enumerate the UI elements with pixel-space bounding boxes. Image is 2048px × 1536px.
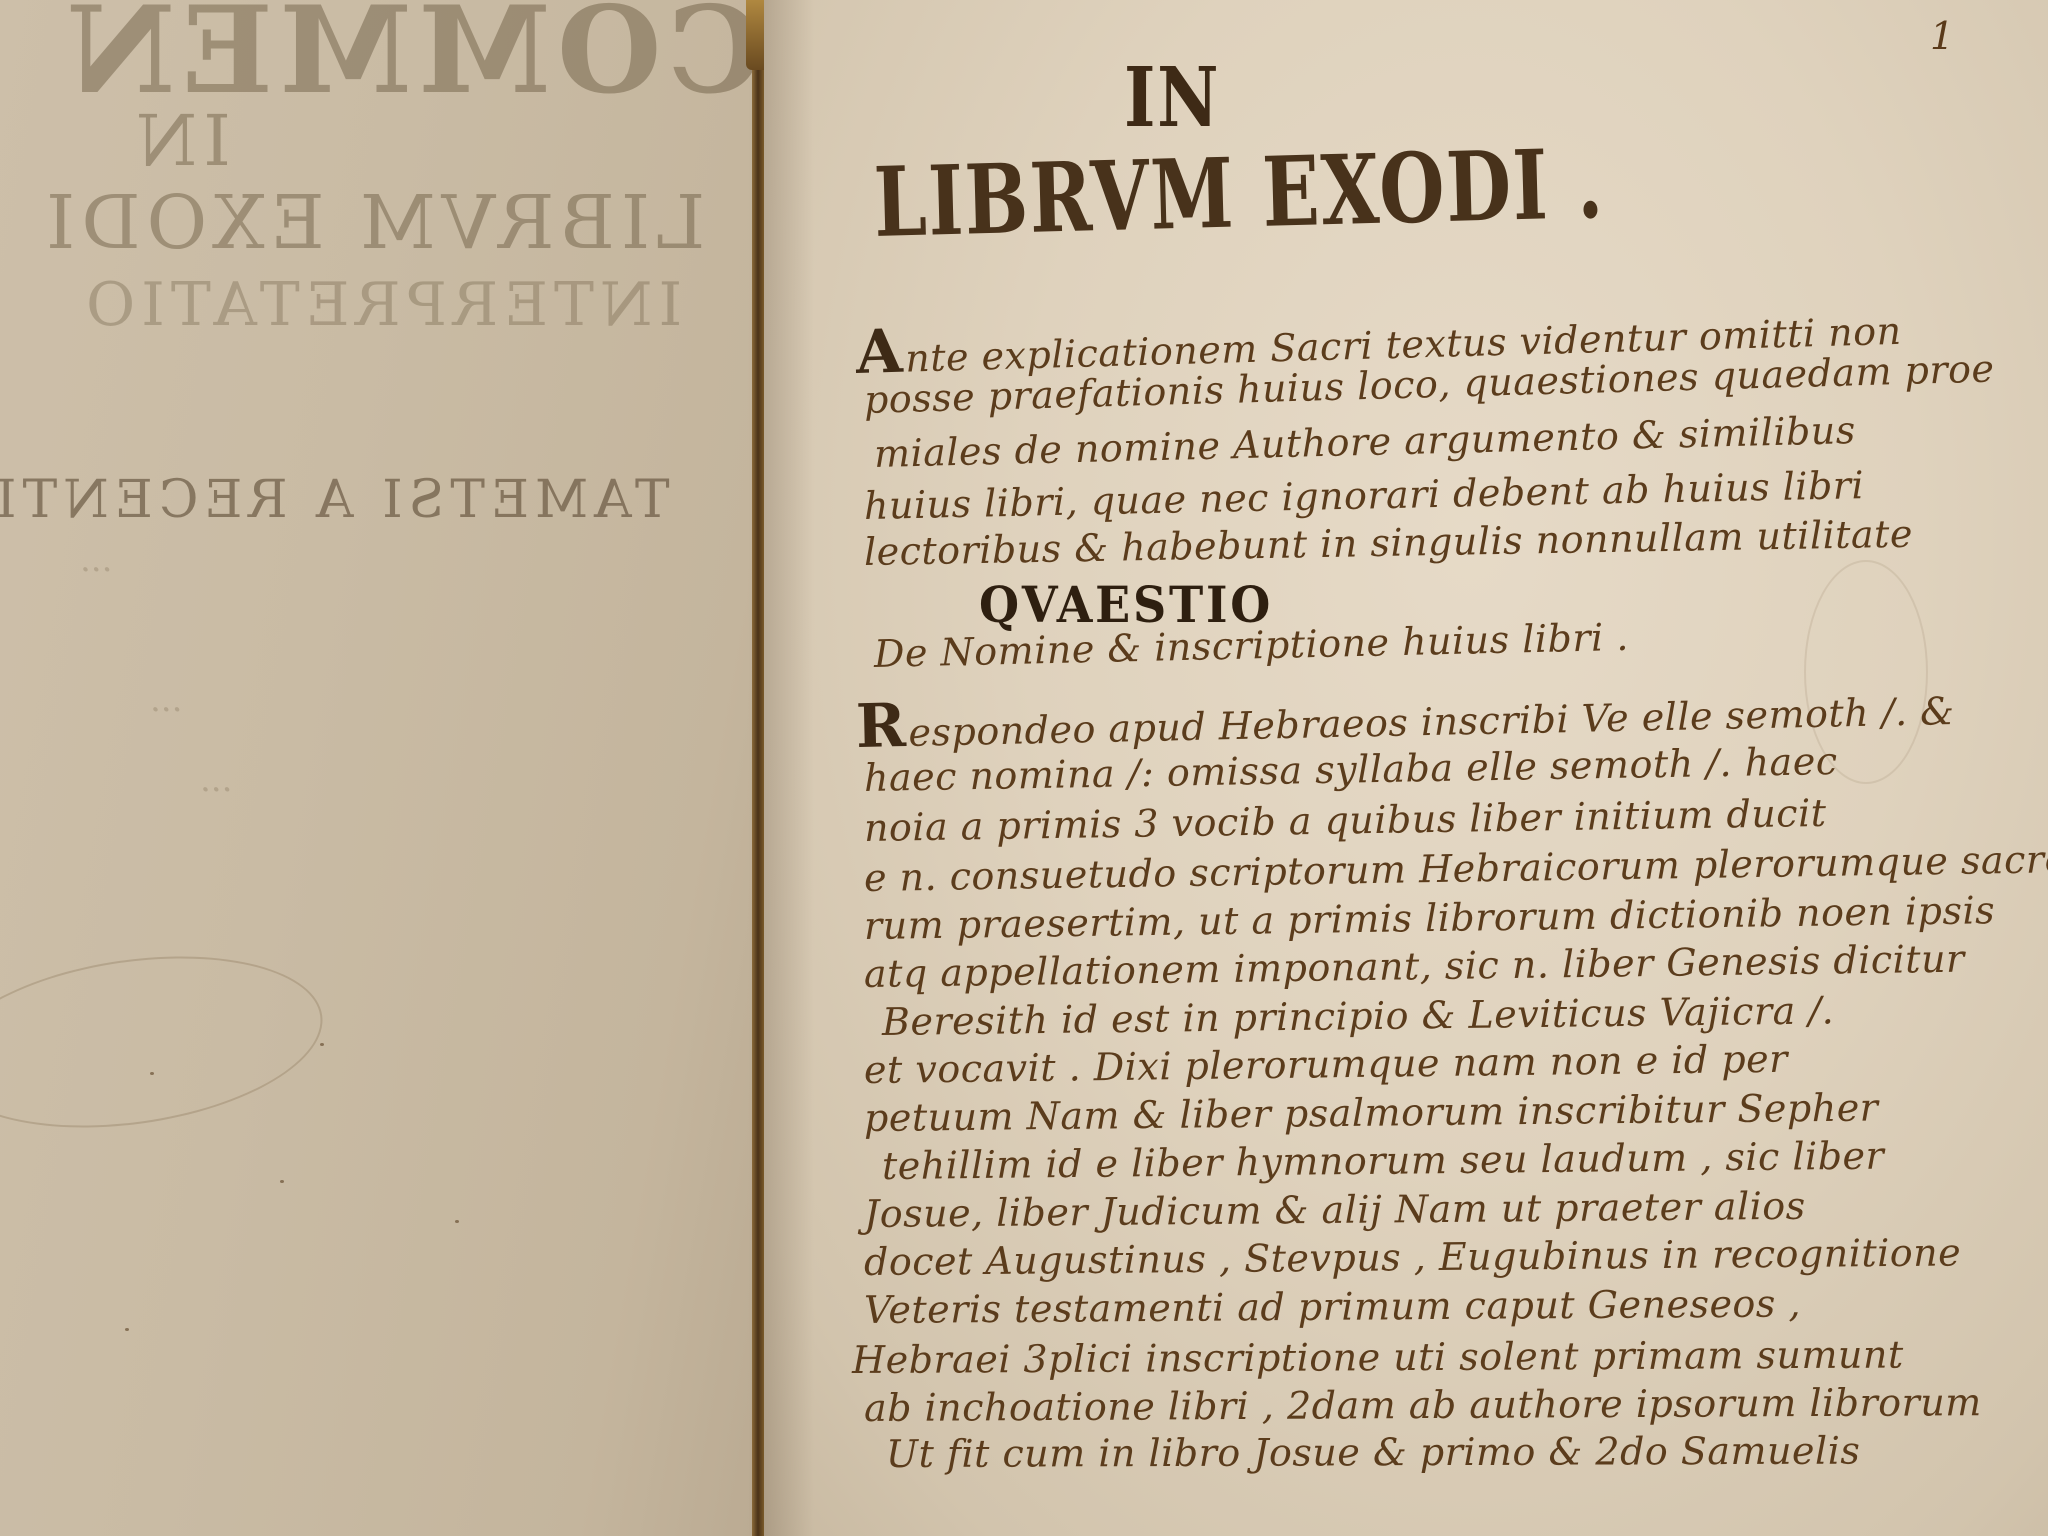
body-line: Hebraei 3plici inscriptione uti solent p…: [852, 1332, 1904, 1382]
body-line: Veteris testamenti ad primum caput Genes…: [864, 1281, 1801, 1332]
body-line: tehillim id e liber hymnorum seu laudum …: [882, 1134, 1885, 1188]
paper-speck: [455, 1220, 459, 1223]
folio-number: 1: [1930, 14, 1954, 58]
body-line: docet Augustinus , Stevpus , Eugubinus i…: [864, 1230, 1962, 1284]
paper-stain: [0, 934, 334, 1150]
right-page: 1 IN LIBRVM EXODI . Ante explicationem S…: [764, 0, 2048, 1536]
body-line: Ut fit cum in libro Josue & primo & 2do …: [886, 1429, 1860, 1476]
book-gutter: [752, 0, 764, 1536]
body-line: ab inchoatione libri , 2dam ab authore i…: [864, 1380, 1982, 1430]
paper-speck: [125, 1328, 129, 1331]
showthrough-scrawl: ...: [150, 680, 182, 720]
showthrough-text: IN: [130, 100, 231, 182]
manuscript-photo: COMMEN IN LIBRVM EXODI INTERPRETATIO TAM…: [0, 0, 2048, 1536]
showthrough-text: INTERPRETATIO: [80, 270, 682, 340]
left-page: COMMEN IN LIBRVM EXODI INTERPRETATIO TAM…: [0, 0, 788, 1536]
showthrough-text: LIBRVM EXODI: [40, 180, 705, 266]
paper-speck: [150, 1072, 154, 1075]
showthrough-scrawl: ...: [80, 540, 112, 580]
body-line: et vocavit . Dixi plerorumque nam non e …: [864, 1037, 1788, 1092]
title-line-2: LIBRVM EXODI .: [873, 127, 1606, 259]
body-line: petuum Nam & liber psalmorum inscribitur…: [864, 1085, 1879, 1140]
title-line-1: IN: [1124, 50, 1220, 146]
showthrough-text: TAMETSI A RECENTI: [0, 470, 670, 530]
paper-speck: [320, 1043, 324, 1046]
showthrough-scrawl: ...: [200, 760, 232, 800]
body-line: Josue, liber Judicum & alij Nam ut praet…: [864, 1184, 1806, 1236]
paper-speck: [280, 1180, 284, 1183]
body-line: noia a primis 3 vocib a quibus liber ini…: [864, 791, 1827, 850]
drop-cap: R: [855, 691, 907, 762]
page-curve-shadow: [764, 0, 814, 1536]
body-line: Beresith id est in principio & Leviticus…: [882, 988, 1835, 1044]
